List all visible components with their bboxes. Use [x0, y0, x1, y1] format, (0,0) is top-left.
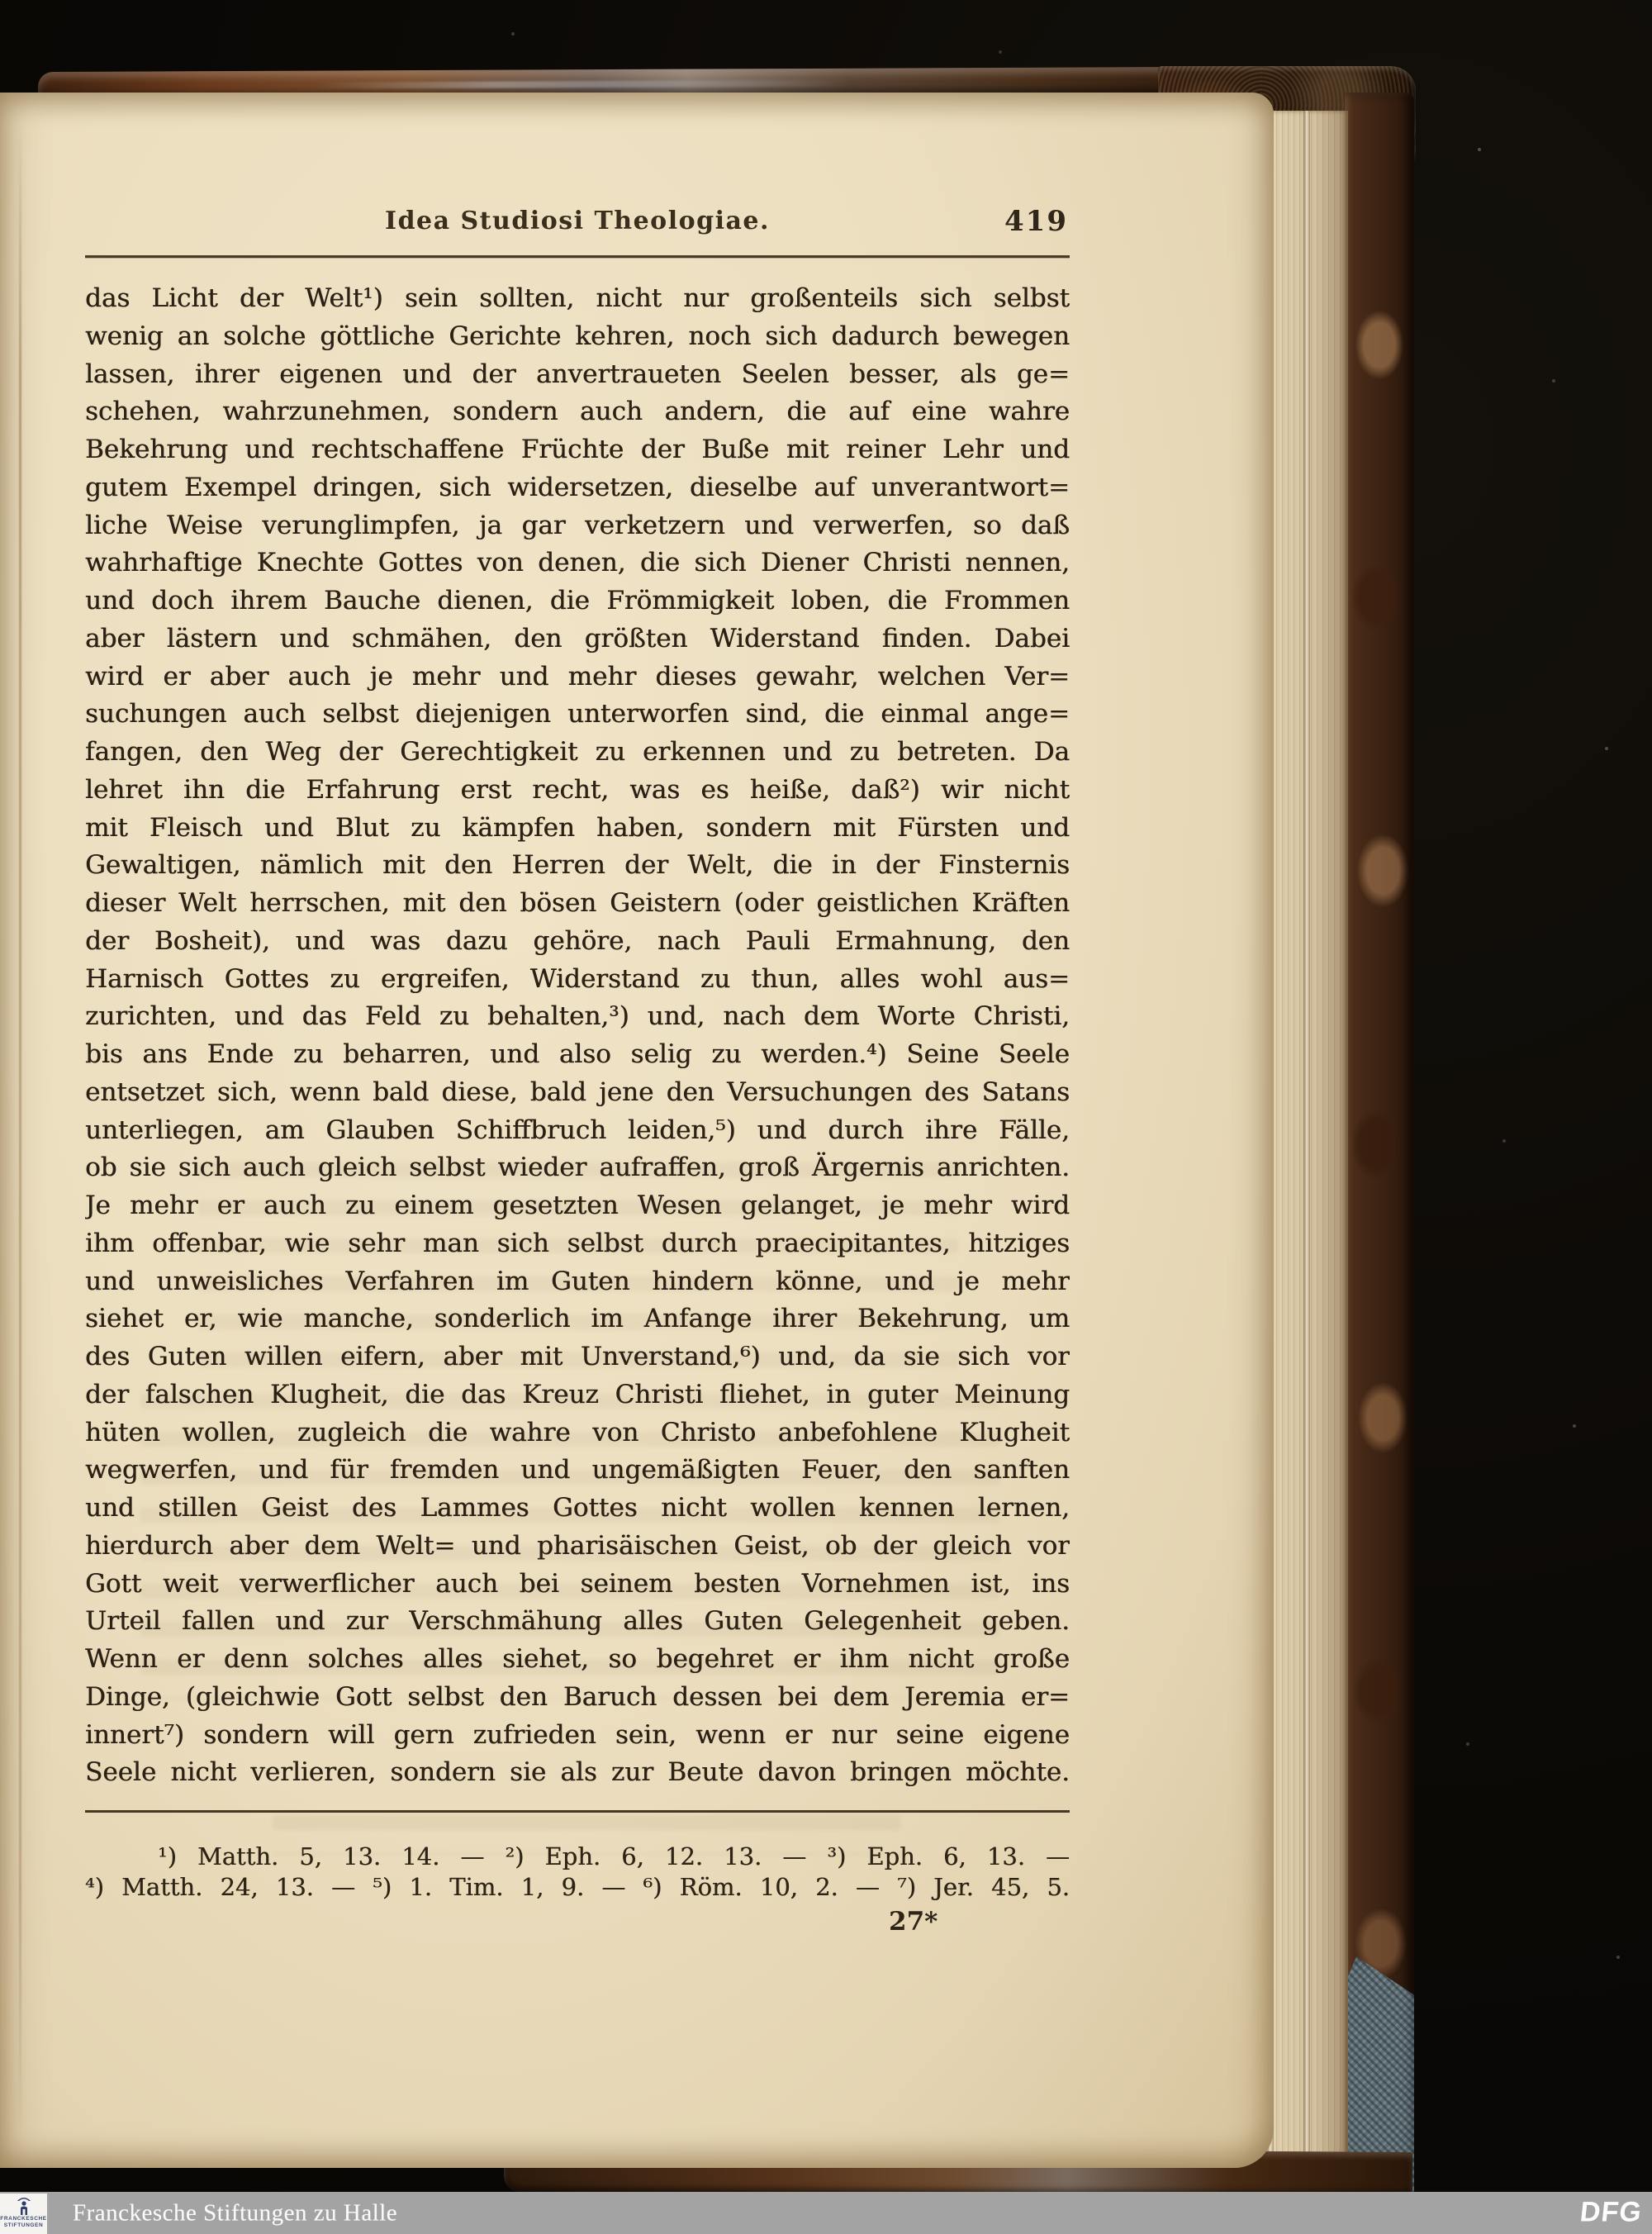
institution-name: Franckesche Stiftungen zu Halle — [73, 2199, 397, 2227]
text-line: und doch ihrem Bauche dienen, die Frömmi… — [85, 582, 1070, 620]
page-stack-groove — [1303, 111, 1310, 2175]
text-line: innert⁷) sondern will gern zufrieden sei… — [85, 1717, 1070, 1755]
text-line: gutem Exempel dringen, sich widersetzen,… — [85, 469, 1070, 507]
text-line: ihm offenbar, wie sehr man sich selbst d… — [85, 1225, 1070, 1263]
text-line: Gewaltigen, nämlich mit den Herren der W… — [85, 847, 1070, 885]
viewer-footer-bar: FRANCKESCHE STIFTUNGEN Franckesche Stift… — [0, 2192, 1652, 2234]
text-line: unterliegen, am Glauben Schiffbruch leid… — [85, 1112, 1070, 1150]
text-line: hierdurch aber dem Welt= und pharisäisch… — [85, 1528, 1070, 1566]
page-number: 419 — [1004, 205, 1068, 238]
text-line: mit Fleisch und Blut zu kämpfen haben, s… — [85, 810, 1070, 848]
text-line: liche Weise verunglimpfen, ja gar verket… — [85, 507, 1070, 545]
text-line: und stillen Geist des Lammes Gottes nich… — [85, 1490, 1070, 1528]
franckesche-stiftungen-icon — [16, 2196, 32, 2216]
text-line: Harnisch Gottes zu ergreifen, Widerstand… — [85, 961, 1070, 999]
dfg-logo: DFG — [1578, 2196, 1644, 2228]
text-line: Bekehrung und rechtschaffene Früchte der… — [85, 431, 1070, 469]
text-line: des Guten willen eifern, aber mit Unvers… — [85, 1338, 1070, 1376]
text-line: Seele nicht verlieren, sondern sie als z… — [85, 1754, 1070, 1792]
text-line: zurichten, und das Feld zu behalten,³) u… — [85, 998, 1070, 1036]
footnote-separator-rule — [85, 1810, 1070, 1813]
franckesche-stiftungen-logo: FRANCKESCHE STIFTUNGEN — [0, 2194, 47, 2234]
signature-mark: 27* — [889, 1907, 938, 1937]
scanned-book-viewer: Idea Studiosi Theologiae. 419 das Licht … — [0, 0, 1652, 2234]
text-line: das Licht der Welt¹) sein sollten, nicht… — [85, 280, 1070, 318]
text-line: aber lästern und schmähen, den größten W… — [85, 620, 1070, 658]
text-line: Wenn er denn solches alles siehet, so be… — [85, 1641, 1070, 1679]
running-header-title: Idea Studiosi Theologiae. — [85, 207, 1070, 235]
book-page: Idea Studiosi Theologiae. 419 das Licht … — [0, 93, 1274, 2168]
page-gutter-fold — [19, 134, 21, 2127]
text-line: dieser Welt herrschen, mit den bösen Gei… — [85, 885, 1070, 923]
dust-specks — [0, 0, 2, 2]
text-line: wenig an solche göttliche Gerichte kehre… — [85, 318, 1070, 356]
body-text: das Licht der Welt¹) sein sollten, nicht… — [85, 280, 1070, 1792]
text-line: suchungen auch selbst diejenigen unterwo… — [85, 696, 1070, 734]
text-line: lassen, ihrer eigenen und der anvertraue… — [85, 356, 1070, 394]
logo-caption-line2: STIFTUNGEN — [4, 2222, 44, 2229]
logo-caption-line1: FRANCKESCHE — [0, 2216, 46, 2222]
text-line: wegwerfen, und für fremden und ungemäßig… — [85, 1452, 1070, 1490]
binding-shine — [316, 79, 848, 89]
book-marbled-cover-edge — [1345, 93, 1414, 2196]
text-line: entsetzet sich, wenn bald diese, bald je… — [85, 1074, 1070, 1112]
text-line: und unweisliches Verfahren im Guten hind… — [85, 1263, 1070, 1301]
text-line: siehet er, wie manche, sonderlich im Anf… — [85, 1300, 1070, 1338]
text-line: lehret ihn die Erfahrung erst recht, was… — [85, 772, 1070, 810]
page-text-block: Idea Studiosi Theologiae. 419 das Licht … — [85, 93, 1070, 2168]
text-line: schehen, wahrzunehmen, sondern auch ande… — [85, 393, 1070, 431]
text-line: Dinge, (gleichwie Gott selbst den Baruch… — [85, 1679, 1070, 1717]
text-line: Je mehr er auch zu einem gesetzten Wesen… — [85, 1187, 1070, 1225]
text-line: hüten wollen, zugleich die wahre von Chr… — [85, 1414, 1070, 1452]
text-line: bis ans Ende zu beharren, und also selig… — [85, 1036, 1070, 1074]
text-line: wird er aber auch je mehr und mehr diese… — [85, 658, 1070, 696]
footnote-line: ⁴) Matth. 24, 13. — ⁵) 1. Tim. 1, 9. — ⁶… — [85, 1873, 1070, 1901]
text-line: wahrhaftige Knechte Gottes von denen, di… — [85, 544, 1070, 582]
text-line: der Bosheit), und was dazu gehöre, nach … — [85, 923, 1070, 961]
text-line: ob sie sich auch gleich selbst wieder au… — [85, 1149, 1070, 1187]
text-line: Gott weit verwerflicher auch bei seinem … — [85, 1566, 1070, 1604]
text-line: fangen, den Weg der Gerechtigkeit zu erk… — [85, 734, 1070, 772]
text-line: Urteil fallen und zur Verschmähung alles… — [85, 1603, 1070, 1641]
text-line: der falschen Klugheit, die das Kreuz Chr… — [85, 1376, 1070, 1414]
footnote-line: ¹) Matth. 5, 13. 14. — ²) Eph. 6, 12. 13… — [158, 1842, 1070, 1870]
header-rule — [85, 255, 1070, 258]
